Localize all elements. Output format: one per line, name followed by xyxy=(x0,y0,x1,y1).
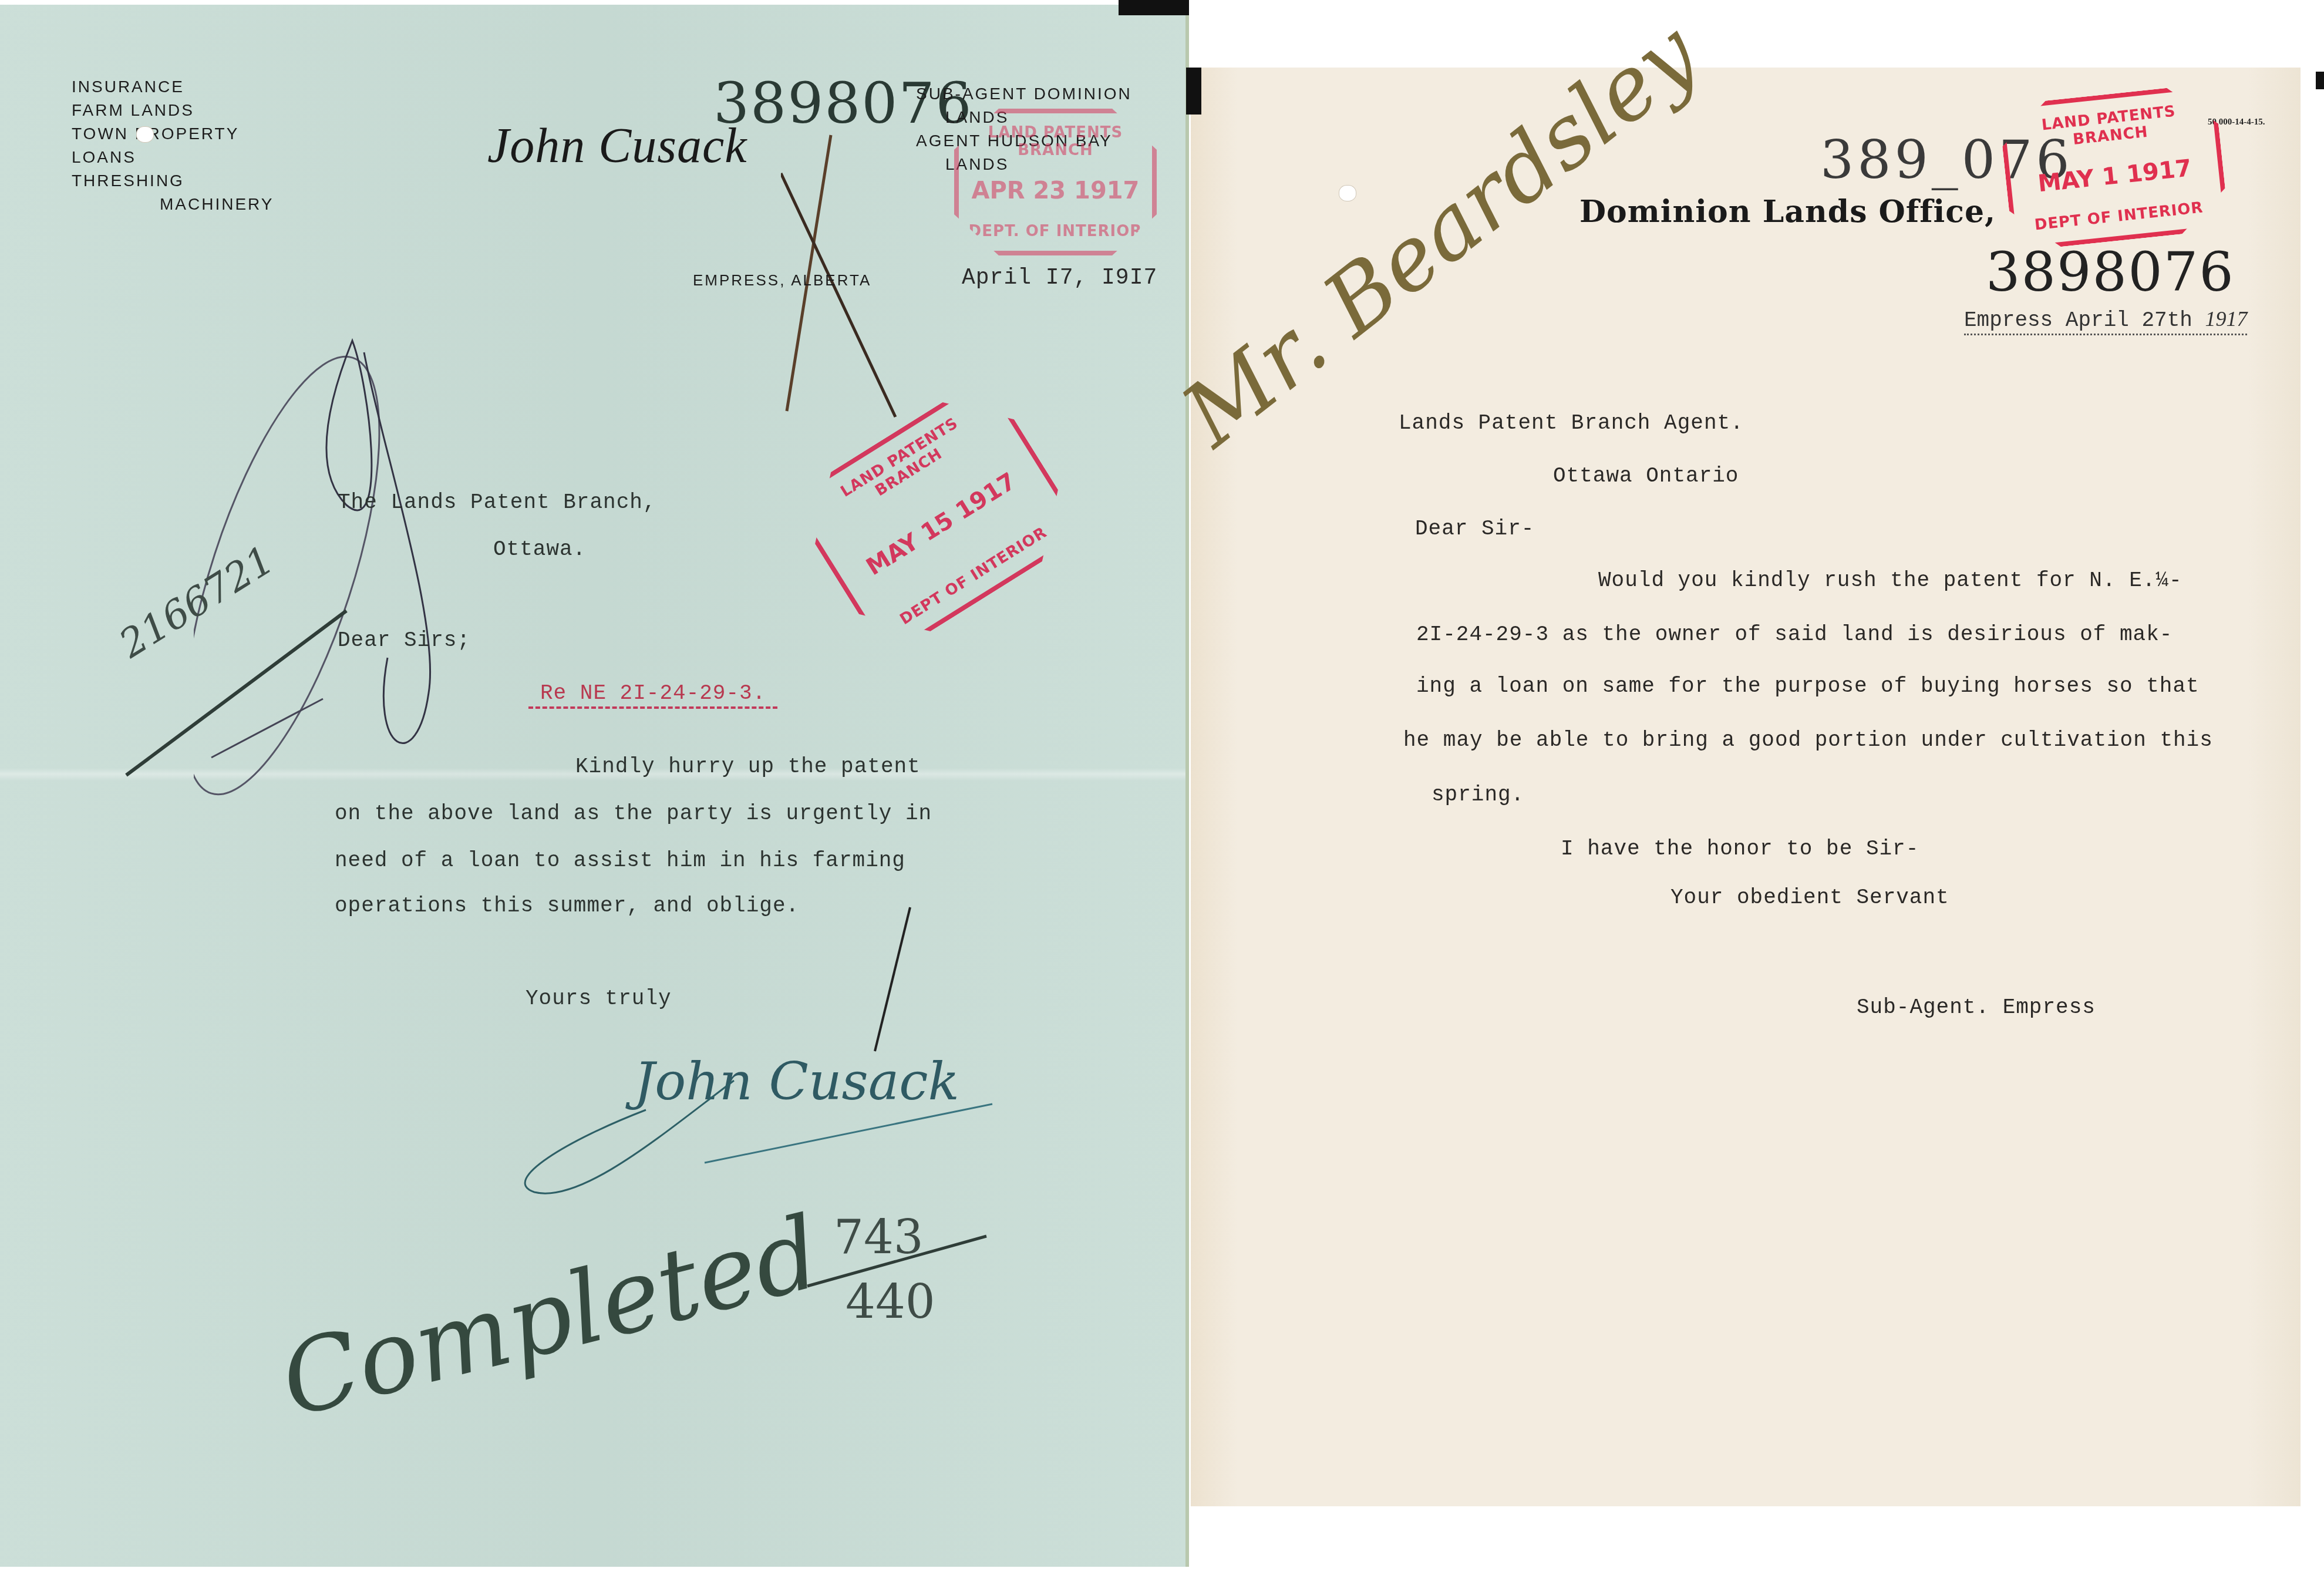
received-stamp-apr: LAND PATENTS BRANCH APR 23 1917 DEPT. OF… xyxy=(954,109,1157,255)
body-line-4-right: he may be able to bring a good portion u… xyxy=(1403,728,2213,752)
fraction-bottom: 440 xyxy=(846,1274,935,1329)
letterhead-services: INSURANCE FARM LANDS TOWN PROPERTY LOANS… xyxy=(72,75,274,216)
salutation: Dear Sirs; xyxy=(338,628,470,652)
service-machinery: MACHINERY xyxy=(72,193,274,216)
scan-edge-shadow xyxy=(1119,0,1189,15)
body-line-5-right: spring. xyxy=(1432,783,1524,807)
reference-line: Re NE 2I-24-29-3. xyxy=(528,681,777,709)
recipient-line-2-right: Ottawa Ontario xyxy=(1553,464,1739,488)
service-insurance: INSURANCE xyxy=(72,75,274,99)
date-place: Empress April 27th xyxy=(1964,308,2192,332)
service-loans: LOANS xyxy=(72,146,274,169)
service-threshing: THRESHING xyxy=(72,169,274,193)
recipient-line-1: The Lands Patent Branch, xyxy=(338,490,656,514)
closing-line-2-right: Your obedient Servant xyxy=(1670,886,1949,910)
scan-edge-shadow-right xyxy=(1186,68,1201,115)
body-line-3: need of a loan to assist him in his farm… xyxy=(335,849,905,873)
closing-line-1-right: I have the honor to be Sir- xyxy=(1561,837,1919,861)
letter-date: April I7, I9I7 xyxy=(962,265,1157,291)
recipient-line-2: Ottawa. xyxy=(493,537,586,561)
margin-underline-icon xyxy=(123,605,358,781)
letterhead-name: John Cusack xyxy=(487,117,747,174)
office-title: Dominion Lands Office, xyxy=(1579,194,1996,230)
letter-date-right: Empress April 27th 1917 xyxy=(1964,307,2247,335)
body-line-3-right: ing a loan on same for the purpose of bu… xyxy=(1416,674,2200,698)
scan-edge-shadow-corner xyxy=(2316,72,2324,89)
pencil-tick-icon xyxy=(869,904,916,1057)
salutation-right: Dear Sir- xyxy=(1415,517,1534,541)
sender-right: Sub-Agent. Empress xyxy=(1857,995,2096,1019)
body-line-1-right: Would you kindly rush the patent for N. … xyxy=(1598,568,2182,593)
recipient-line-1-right: Lands Patent Branch Agent. xyxy=(1399,411,1744,435)
file-number-right: 3898076 xyxy=(1986,241,2235,304)
service-town-property: TOWN PROPERTY xyxy=(72,122,274,146)
title-line-1: SUB-AGENT DOMINION xyxy=(916,82,1132,106)
body-line-4: operations this summer, and oblige. xyxy=(335,894,799,918)
body-line-1: Kindly hurry up the patent xyxy=(575,755,921,779)
letterhead-place: EMPRESS, ALBERTA xyxy=(693,271,871,290)
date-year: 1917 xyxy=(2205,307,2247,331)
body-line-2-right: 2I-24-29-3 as the owner of said land is … xyxy=(1416,622,2173,647)
service-farm-lands: FARM LANDS xyxy=(72,99,274,122)
body-line-2: on the above land as the party is urgent… xyxy=(335,802,932,826)
punch-hole xyxy=(136,126,154,143)
signature-flourish-icon xyxy=(511,1045,1010,1198)
punch-hole-right xyxy=(1339,185,1356,201)
closing: Yours truly xyxy=(526,987,672,1011)
